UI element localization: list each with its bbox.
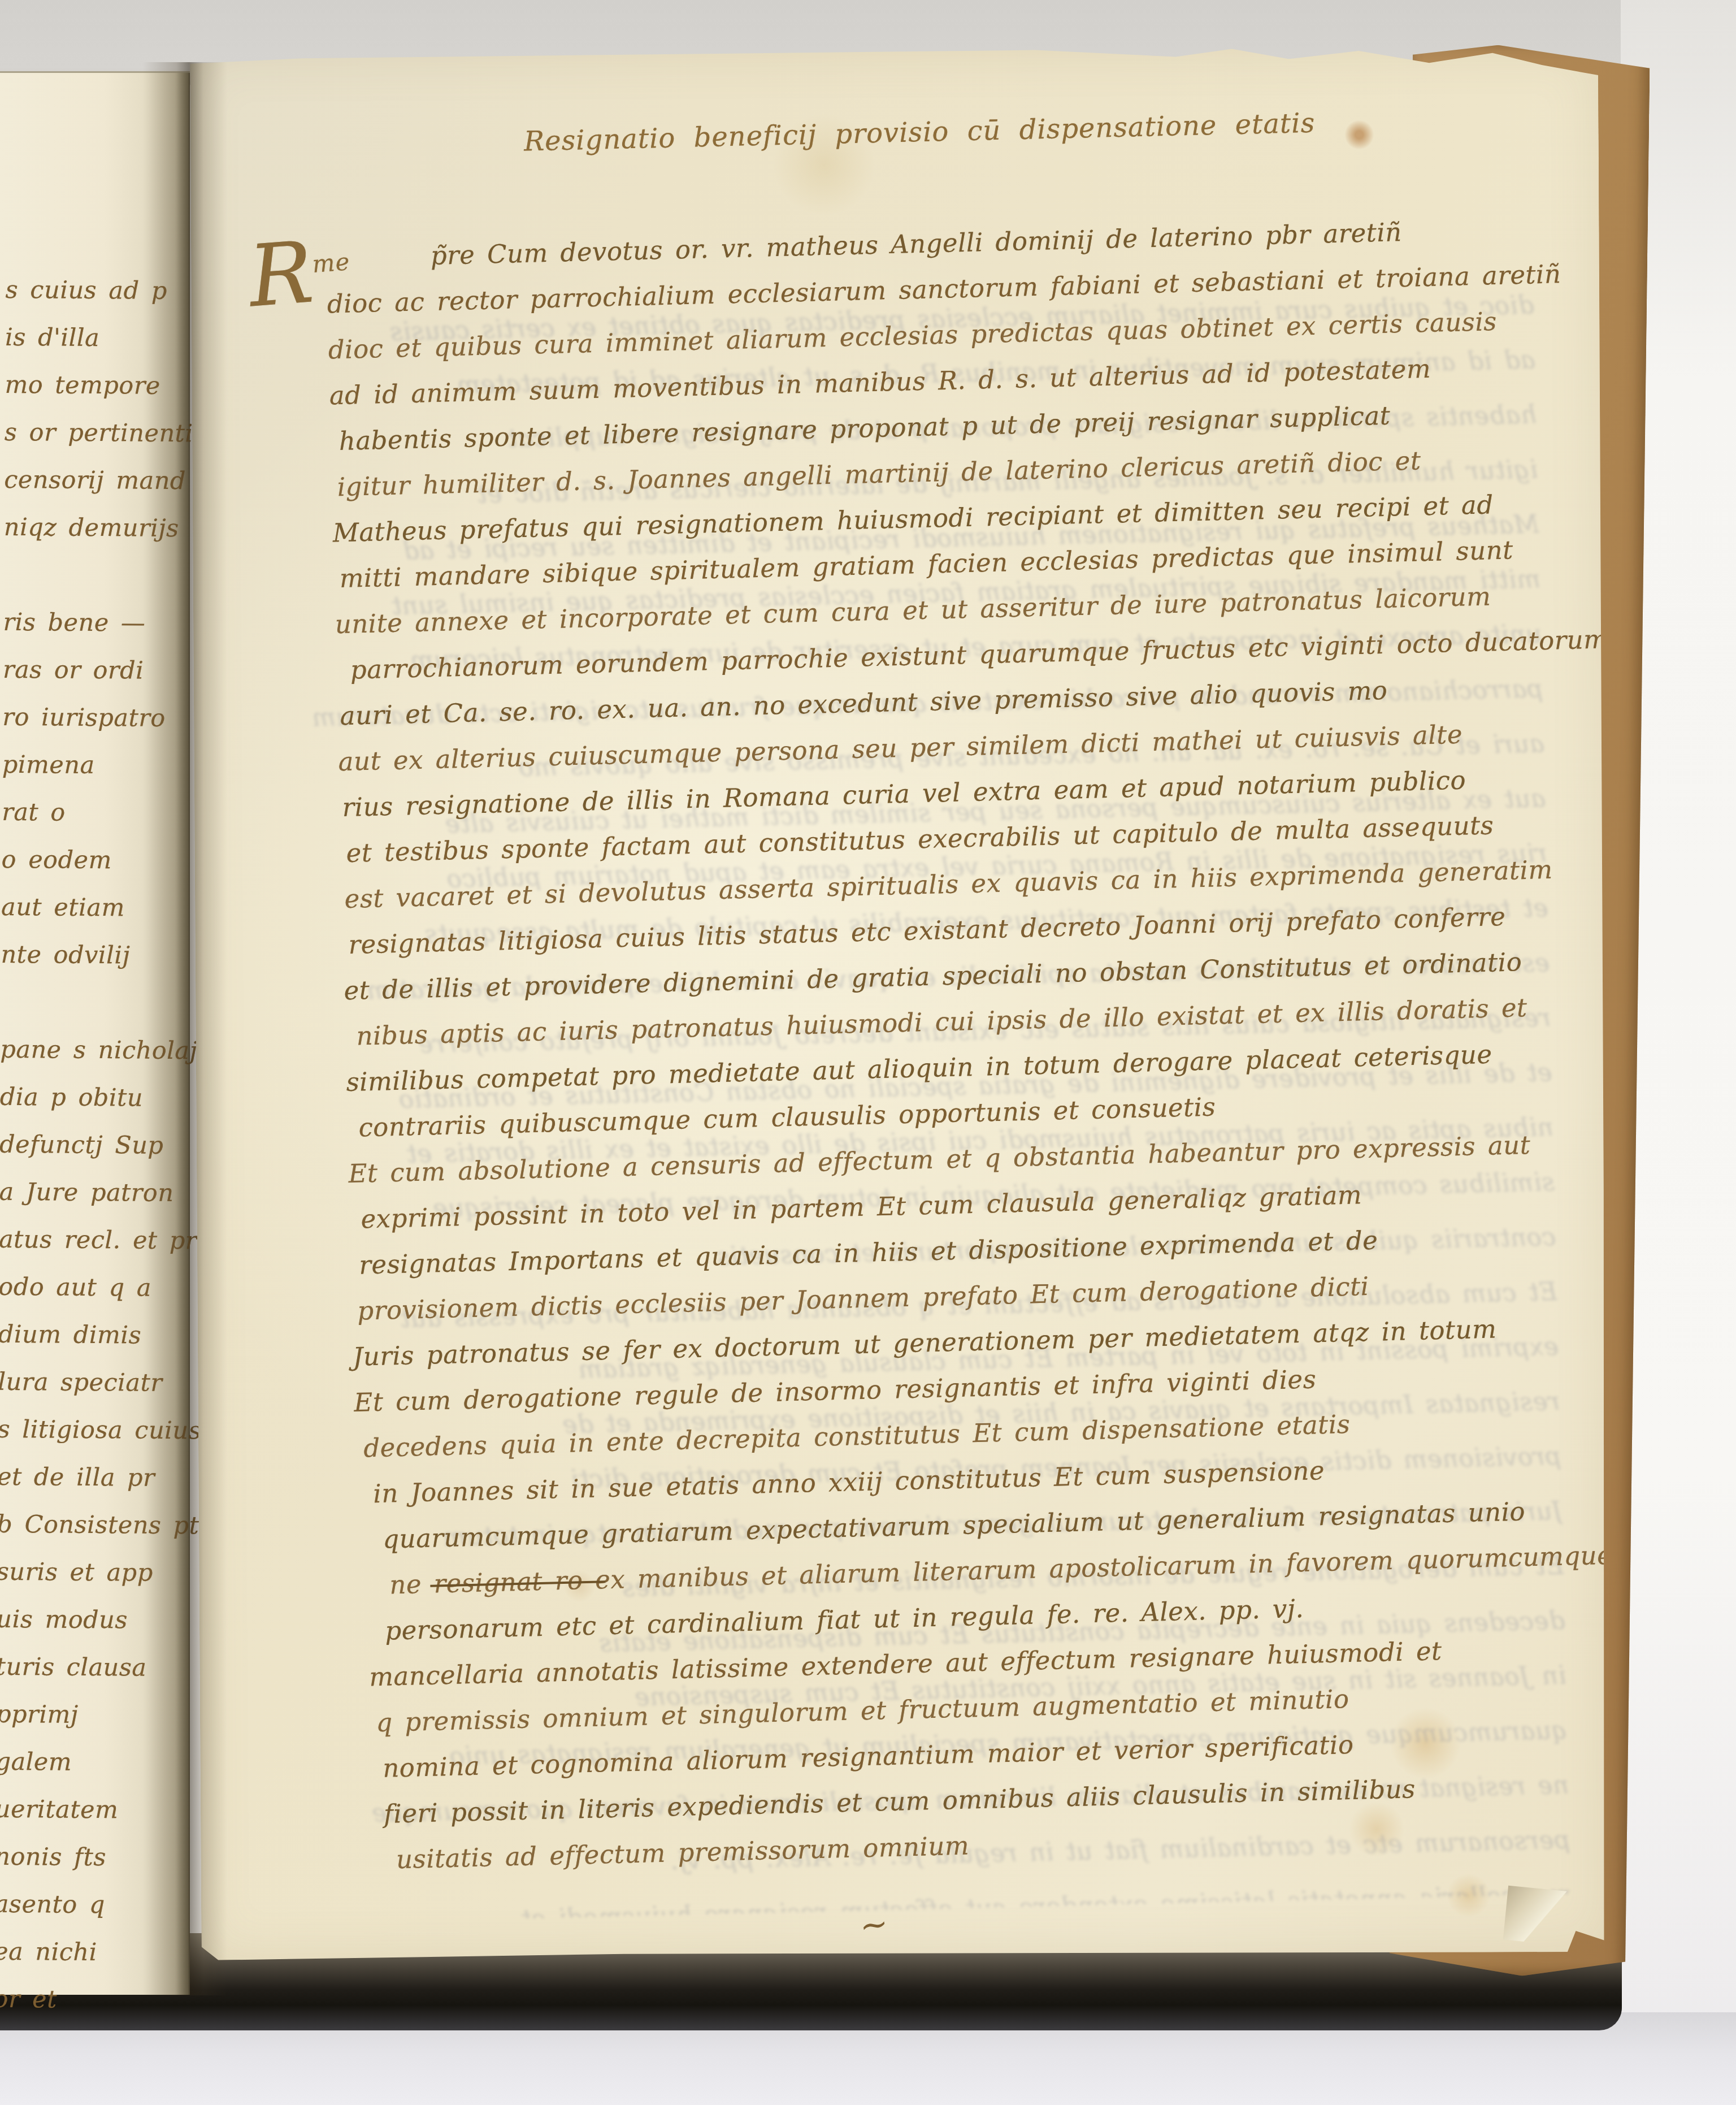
manuscript-line: censorij mand <box>4 456 174 505</box>
manuscript-line: odo aut q a <box>0 1263 168 1312</box>
manuscript-line: ras or ordi <box>3 646 173 695</box>
manuscript-line: dia p obitu <box>0 1073 170 1122</box>
left-verso-page: s cuius ad pis d'illamo tempores or pert… <box>0 71 190 1995</box>
manuscript-line: niqz demurijs <box>3 504 173 552</box>
manuscript-line: pprimj <box>0 1691 165 1739</box>
manuscript-line: defunctj Sup <box>0 1121 169 1170</box>
manuscript-line: s cuius ad p <box>5 266 175 315</box>
manuscript-line: et de illa pr <box>0 1453 167 1502</box>
manuscript-line: mo tempore <box>5 361 175 410</box>
page-heading: Resignatio beneficij provisio cū dispens… <box>523 107 1315 158</box>
manuscript-line: dium dimis <box>0 1311 168 1359</box>
manuscript-line: nonis fts <box>0 1833 164 1882</box>
manuscript-line: pimena <box>2 741 172 790</box>
manuscript-line: is d'illa <box>5 314 175 362</box>
manuscript-line: ris bene — <box>3 599 173 647</box>
scanned-manuscript-photo: { "document": { "colors": { "ink": "#7d5… <box>0 0 1736 2105</box>
manuscript-line: suris et app <box>0 1548 166 1597</box>
initial-letter: R <box>246 223 317 326</box>
manuscript-line: uis modus <box>0 1596 166 1644</box>
manuscript-line: or et <box>0 1976 163 2024</box>
manuscript-line: turis clausa <box>0 1643 166 1692</box>
manuscript-line: ro iurispatro <box>2 694 172 742</box>
manuscript-line: atus recl. et pr <box>0 1216 168 1264</box>
manuscript-line <box>1 978 171 1027</box>
manuscript-line: s or pertinenti <box>5 409 175 457</box>
manuscript-line: ea nichi <box>0 1928 163 1977</box>
manuscript-line: galem <box>0 1738 165 1787</box>
manuscript-line <box>3 551 173 600</box>
manuscript-line: a Jure patron <box>0 1168 169 1217</box>
dog-ear-fold <box>1503 1886 1576 1946</box>
manuscript-line: ueritatem <box>0 1786 164 1834</box>
right-recto-page: dioc et quibus cura imminet aliarum eccl… <box>190 46 1610 1960</box>
left-page-text-fragments: s cuius ad pis d'illamo tempores or pert… <box>0 266 175 2024</box>
end-flourish-mark: ~ <box>857 1903 891 1947</box>
manuscript-line: o eodem <box>1 836 171 885</box>
manuscript-line: asento q <box>0 1881 164 1929</box>
manuscript-text-layer: Resignatio beneficij provisio cū dispens… <box>190 46 1610 1960</box>
manuscript-line: b Consistens pt <box>0 1501 167 1549</box>
manuscript-line: pane s nicholaj <box>0 1026 170 1075</box>
manuscript-line: lura speciatr <box>0 1358 168 1407</box>
manuscript-line: nte odvilij <box>1 931 171 980</box>
manuscript-line: rat o <box>2 789 172 837</box>
struck-out-text: resignat ro <box>433 1565 583 1599</box>
manuscript-body: p̃re Cum devotus or. vr. matheus Angelli… <box>325 204 1643 1883</box>
manuscript-line: s litigiosa cuius <box>0 1406 167 1454</box>
manuscript-line: aut etiam <box>1 883 171 932</box>
